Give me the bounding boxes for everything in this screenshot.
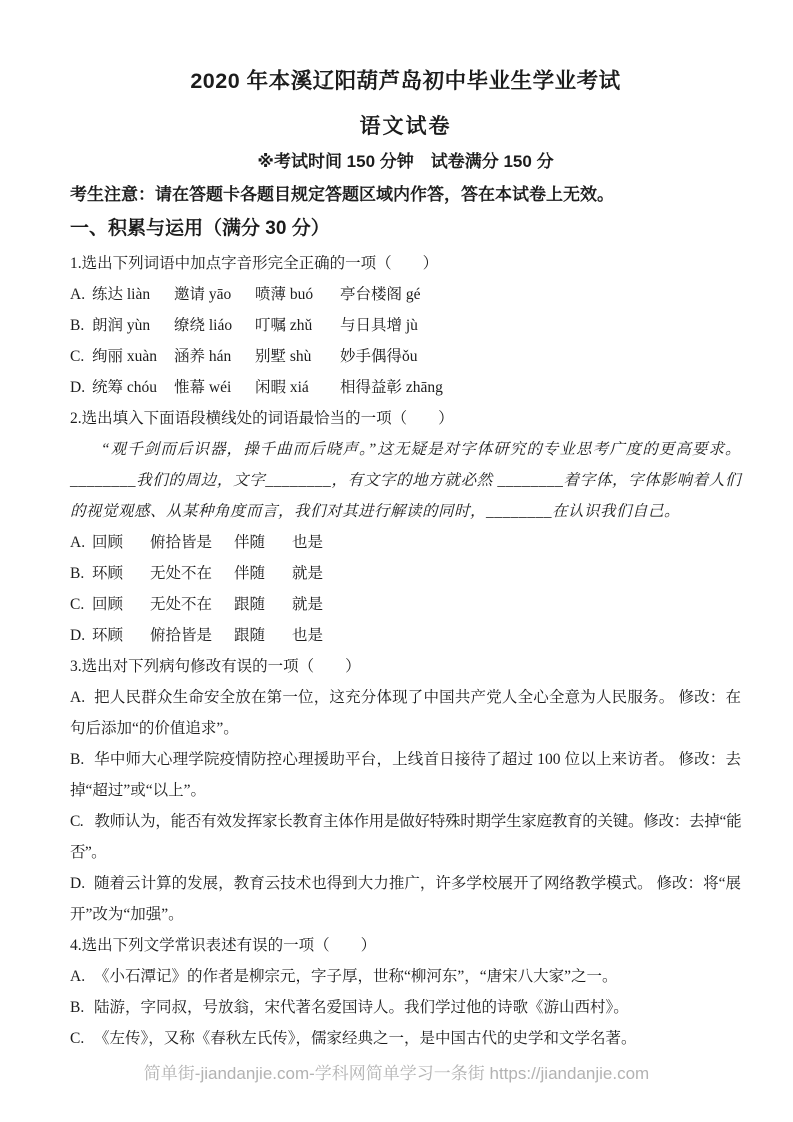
option-text: 《左传》，又称《春秋左氏传》，儒家经典之一，是中国古代的史学和文学名著。 (94, 1030, 637, 1047)
question-3-option-c: C.教师认为，能否有效发挥家长教育主体作用是做好特殊时期学生家庭教育的关键。修改… (70, 806, 741, 868)
option-label: A. (70, 961, 94, 992)
option-label: D. (70, 868, 94, 899)
option-term: 俯拾皆是 (150, 527, 234, 558)
option-term: 妙手偶得ǒu (340, 341, 418, 372)
watermark-footer: 简单街-jiandanjie.com-学科网简单学习一条街 https://ji… (0, 1062, 793, 1086)
option-term: 涵养 hán (174, 341, 255, 372)
option-label: B. (70, 992, 94, 1023)
option-label: B. (70, 558, 92, 589)
option-label: C. (70, 589, 92, 620)
question-1-option-c: C. 绚丽 xuàn 涵养 hán 别墅 shù 妙手偶得ǒu (70, 341, 741, 372)
option-term: 练达 liàn (92, 279, 174, 310)
option-term: 就是 (292, 589, 323, 620)
option-term: 俯拾皆是 (150, 620, 234, 651)
option-text: 教师认为，能否有效发挥家长教育主体作用是做好特殊时期学生家庭教育的关键。修改：去… (70, 813, 741, 861)
question-1-option-b: B. 朗润 yùn 缭绕 liáo 叮嘱 zhǔ 与日具增 jù (70, 310, 741, 341)
question-4-stem: 4.选出下列文学常识表述有误的一项（ ） (70, 930, 741, 961)
option-term: 也是 (292, 527, 323, 558)
question-1-stem: 1.选出下列词语中加点字音形完全正确的一项（ ） (70, 248, 741, 279)
option-term: 别墅 shù (255, 341, 340, 372)
option-label: A. (70, 682, 94, 713)
option-label: D. (70, 372, 92, 403)
option-term: 与日具增 jù (340, 310, 418, 341)
option-text: 把人民群众生命安全放在第一位，这充分体现了中国共产党人全心全意为人民服务。 修改… (70, 689, 741, 737)
question-1: 1.选出下列词语中加点字音形完全正确的一项（ ） A. 练达 liàn 邀请 y… (70, 248, 741, 403)
option-term: 环顾 (92, 620, 150, 651)
question-4-option-c: C.《左传》，又称《春秋左氏传》，儒家经典之一，是中国古代的史学和文学名著。 (70, 1023, 741, 1054)
option-term: 闲暇 xiá (255, 372, 340, 403)
option-label: C. (70, 806, 94, 837)
option-term: 亭台楼阁 gé (340, 279, 421, 310)
option-label: B. (70, 744, 94, 775)
option-label: A. (70, 527, 92, 558)
option-term: 伴随 (234, 558, 292, 589)
option-term: 缭绕 liáo (174, 310, 255, 341)
question-2-option-d: D. 环顾 俯拾皆是 跟随 也是 (70, 620, 741, 651)
question-3-stem: 3.选出对下列病句修改有误的一项（ ） (70, 651, 741, 682)
question-2-passage: “观千剑而后识器，操千曲而后晓声。”这无疑是对字体研究的专业思考广度的更高要求。… (70, 434, 741, 527)
option-term: 朗润 yùn (92, 310, 174, 341)
option-label: C. (70, 341, 92, 372)
option-text: 随着云计算的发展，教育云技术也得到大力推广，许多学校展开了网络教学模式。 修改：… (70, 875, 741, 923)
option-term: 回顾 (92, 589, 150, 620)
option-text: 华中师大心理学院疫情防控心理援助平台，上线首日接待了超过 100 位以上来访者。… (70, 751, 741, 799)
option-text: 陆游，字同叔，号放翁，宋代著名爱国诗人。我们学过他的诗歌《游山西村》。 (94, 999, 629, 1016)
question-3: 3.选出对下列病句修改有误的一项（ ） A.把人民群众生命安全放在第一位，这充分… (70, 651, 741, 930)
question-2-option-b: B. 环顾 无处不在 伴随 就是 (70, 558, 741, 589)
exam-paper-page: 2020 年本溪辽阳葫芦岛初中毕业生学业考试 语文试卷 ※考试时间 150 分钟… (0, 0, 793, 1054)
question-4-option-a: A.《小石潭记》的作者是柳宗元，字子厚，世称“柳河东”，“唐宋八大家”之一。 (70, 961, 741, 992)
question-3-option-b: B.华中师大心理学院疫情防控心理援助平台，上线首日接待了超过 100 位以上来访… (70, 744, 741, 806)
option-term: 也是 (292, 620, 323, 651)
option-text: 《小石潭记》的作者是柳宗元，字子厚，世称“柳河东”，“唐宋八大家”之一。 (94, 968, 618, 985)
option-term: 无处不在 (150, 589, 234, 620)
option-term: 相得益彰 zhāng (340, 372, 443, 403)
option-label: D. (70, 620, 92, 651)
question-2: 2.选出填入下面语段横线处的词语最恰当的一项（ ） “观千剑而后识器，操千曲而后… (70, 403, 741, 651)
question-3-option-d: D.随着云计算的发展，教育云技术也得到大力推广，许多学校展开了网络教学模式。 修… (70, 868, 741, 930)
section-1-heading: 一、积累与运用（满分 30 分） (70, 214, 741, 244)
option-term: 叮嘱 zhǔ (255, 310, 340, 341)
option-term: 喷薄 buó (255, 279, 340, 310)
option-term: 跟随 (234, 589, 292, 620)
option-label: A. (70, 279, 92, 310)
option-term: 统筹 chóu (92, 372, 174, 403)
question-1-option-a: A. 练达 liàn 邀请 yāo 喷薄 buó 亭台楼阁 gé (70, 279, 741, 310)
exam-subject-subtitle: 语文试卷 (70, 112, 741, 142)
option-term: 无处不在 (150, 558, 234, 589)
question-4: 4.选出下列文学常识表述有误的一项（ ） A.《小石潭记》的作者是柳宗元，字子厚… (70, 930, 741, 1054)
question-2-option-c: C. 回顾 无处不在 跟随 就是 (70, 589, 741, 620)
question-1-option-d: D. 统筹 chóu 惟幕 wéi 闲暇 xiá 相得益彰 zhāng (70, 372, 741, 403)
question-4-option-b: B.陆游，字同叔，号放翁，宋代著名爱国诗人。我们学过他的诗歌《游山西村》。 (70, 992, 741, 1023)
option-term: 伴随 (234, 527, 292, 558)
candidate-notice: 考生注意：请在答题卡各题目规定答题区域内作答，答在本试卷上无效。 (70, 182, 741, 208)
exam-time-score-info: ※考试时间 150 分钟 试卷满分 150 分 (70, 150, 741, 174)
page-title: 2020 年本溪辽阳葫芦岛初中毕业生学业考试 (70, 66, 741, 96)
option-term: 环顾 (92, 558, 150, 589)
option-term: 邀请 yāo (174, 279, 255, 310)
option-term: 就是 (292, 558, 323, 589)
question-2-stem: 2.选出填入下面语段横线处的词语最恰当的一项（ ） (70, 403, 741, 434)
option-term: 回顾 (92, 527, 150, 558)
option-term: 跟随 (234, 620, 292, 651)
question-3-option-a: A.把人民群众生命安全放在第一位，这充分体现了中国共产党人全心全意为人民服务。 … (70, 682, 741, 744)
option-label: B. (70, 310, 92, 341)
option-label: C. (70, 1023, 94, 1054)
option-term: 绚丽 xuàn (92, 341, 174, 372)
option-term: 惟幕 wéi (174, 372, 255, 403)
question-2-option-a: A. 回顾 俯拾皆是 伴随 也是 (70, 527, 741, 558)
